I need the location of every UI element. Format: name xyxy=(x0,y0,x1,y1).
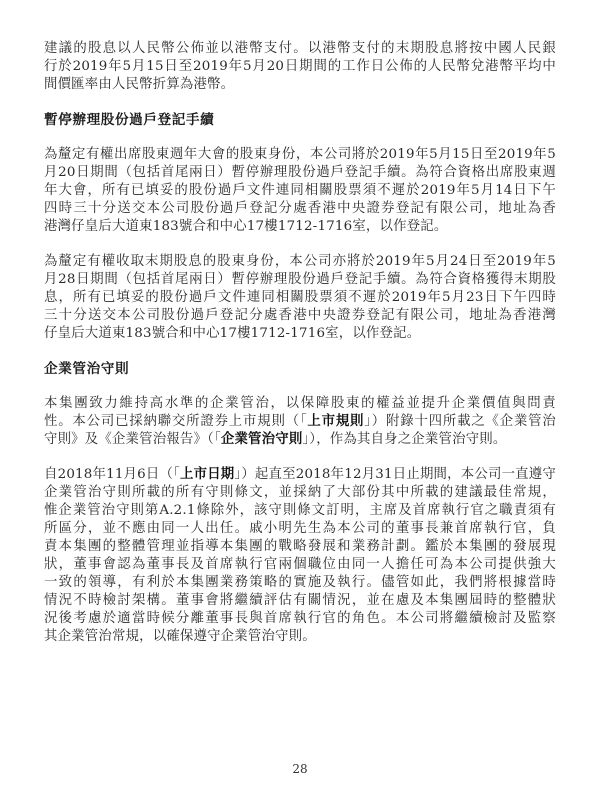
text-line: 所區分，並不應由同一人出任。戚小明先生為本公司的董事長兼首席執行官，負 xyxy=(44,520,556,538)
text-line: 行於2019年5月15日至2019年5月20日期間的工作日公佈的人民幣兌港幣平均… xyxy=(44,58,556,76)
page-number: 28 xyxy=(0,762,600,776)
text-segment: 性。本公司已採納聯交所證券上市規則（「 xyxy=(44,414,307,429)
text-line: 港灣仔皇后大道東183號合和中心17樓1712-1716室，以作登記。 xyxy=(44,218,556,236)
text-line: 性。本公司已採納聯交所證券上市規則（「上市規則」）附錄十四所載之《企業管治 xyxy=(44,413,556,431)
text-line: 仔皇后大道東183號合和中心17樓1712-1716室，以作登記。 xyxy=(44,325,556,343)
text-line: 為釐定有權收取末期股息的股東身份，本公司亦將於2019年5月24日至2019年5 xyxy=(44,253,556,271)
text-line: 況後考慮於適當時候分離董事長與首席執行官的角色。本公司將繼續檢討及監察 xyxy=(44,610,556,628)
text-line: 本集團致力維持高水準的企業管治，以保障股東的權益並提升企業價值與問責 xyxy=(44,395,556,413)
text-line: 建議的股息以人民幣公佈並以港幣支付。以港幣支付的末期股息將按中國人民銀 xyxy=(44,40,556,58)
text-line: 守則》及《企業管治報告》（「企業管治守則」），作為其自身之企業管治守則。 xyxy=(44,431,556,449)
text-line: 息，所有已填妥的股份過戶文件連同相關股票須不遲於2019年5月23日下午四時 xyxy=(44,289,556,307)
text-line: 一致的領導，有利於本集團業務策略的實施及執行。儘管如此，我們將根據當時 xyxy=(44,574,556,592)
text-line: 四時三十分送交本公司股份過戶登記分處香港中央證券登記有限公司，地址為香 xyxy=(44,200,556,218)
defined-term-cg-code: 企業管治守則 xyxy=(221,432,303,447)
section-heading-corporate-governance-code: 企業管治守則 xyxy=(44,360,556,378)
text-line: 為釐定有權出席股東週年大會的股東身份，本公司將於2019年5月15日至2019年… xyxy=(44,146,556,164)
paragraph-final-dividend-eligibility: 為釐定有權收取末期股息的股東身份，本公司亦將於2019年5月24日至2019年5… xyxy=(44,253,556,343)
text-line: 狀，董事會認為董事長及首席執行官兩個職位由同一人擔任可為本公司提供強大 xyxy=(44,556,556,574)
text-line: 自2018年11月6日（「上市日期」）起直至2018年12月31日止期間，本公司… xyxy=(44,466,556,484)
text-line: 責本集團的整體管理並指導本集團的戰略發展和業務計劃。鑑於本集團的發展現 xyxy=(44,538,556,556)
document-page: 建議的股息以人民幣公佈並以港幣支付。以港幣支付的末期股息將按中國人民銀 行於20… xyxy=(44,40,556,646)
text-line: 月28日期間（包括首尾兩日）暫停辦理股份過戶登記手續。為符合資格獲得末期股 xyxy=(44,271,556,289)
text-segment: 守則》及《企業管治報告》（「 xyxy=(44,432,221,447)
text-segment: 」）附錄十四所載之《企業管治 xyxy=(364,414,556,429)
text-line: 其企業管治常規，以確保遵守企業管治守則。 xyxy=(44,628,556,646)
defined-term-listing-rules: 上市規則 xyxy=(307,414,364,429)
text-line: 月20日期間（包括首尾兩日）暫停辦理股份過戶登記手續。為符合資格出席股東週 xyxy=(44,164,556,182)
paragraph-code-compliance: 自2018年11月6日（「上市日期」）起直至2018年12月31日止期間，本公司… xyxy=(44,466,556,646)
text-line: 惟企業管治守則第A.2.1條除外，該守則條文訂明，主席及首席執行官之職責須有 xyxy=(44,502,556,520)
text-segment: 自2018年11月6日（「 xyxy=(44,467,180,482)
text-line: 企業管治守則所載的所有守則條文，並採納了大部份其中所載的建議最佳常規， xyxy=(44,484,556,502)
paragraph-agm-eligibility: 為釐定有權出席股東週年大會的股東身份，本公司將於2019年5月15日至2019年… xyxy=(44,146,556,236)
text-line: 情況不時檢討架構。董事會將繼續評估有關情況，並在慮及本集團屆時的整體狀 xyxy=(44,592,556,610)
text-line: 三十分送交本公司股份過戶登記分處香港中央證券登記有限公司，地址為香港灣 xyxy=(44,307,556,325)
defined-term-listing-date: 上市日期 xyxy=(180,467,234,482)
paragraph-dividend-currency: 建議的股息以人民幣公佈並以港幣支付。以港幣支付的末期股息將按中國人民銀 行於20… xyxy=(44,40,556,94)
section-heading-closure-of-register: 暫停辦理股份過戶登記手續 xyxy=(44,111,556,129)
text-segment: 」），作為其自身之企業管治守則。 xyxy=(302,432,506,447)
text-segment: 」）起直至2018年12月31日止期間，本公司一直遵守 xyxy=(234,467,556,482)
text-line: 間價匯率由人民幣折算為港幣。 xyxy=(44,76,556,94)
text-line: 年大會，所有已填妥的股份過戶文件連同相關股票須不遲於2019年5月14日下午 xyxy=(44,182,556,200)
paragraph-governance-commitment: 本集團致力維持高水準的企業管治，以保障股東的權益並提升企業價值與問責 性。本公司… xyxy=(44,395,556,449)
